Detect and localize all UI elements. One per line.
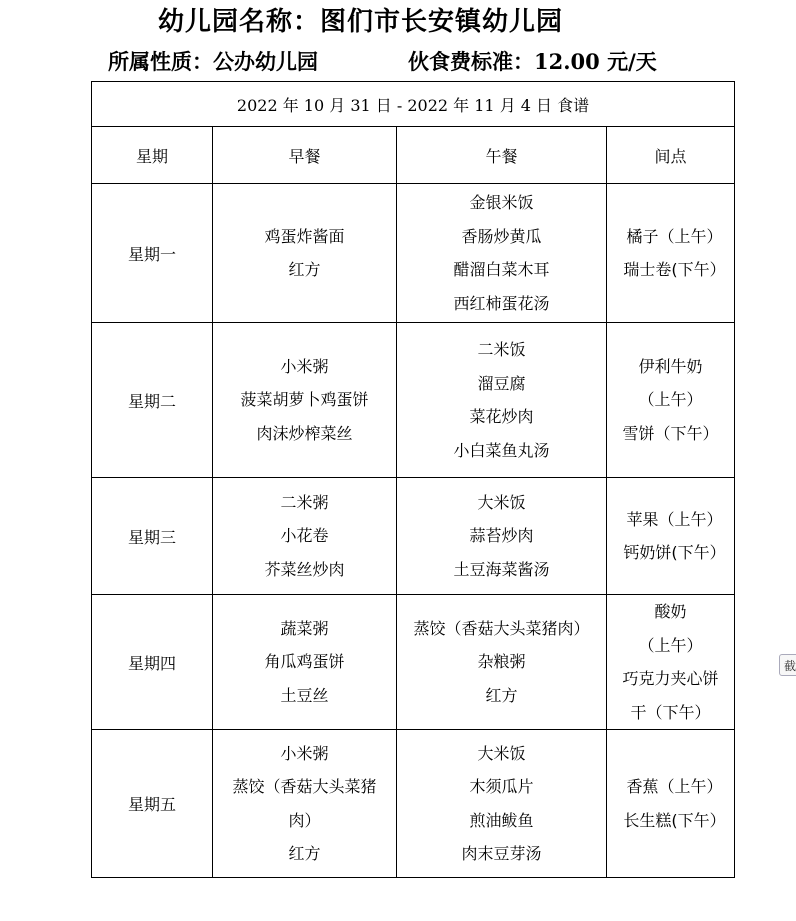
snack-item: 长生糕(下午） [615,804,734,838]
snack-cell: 伊利牛奶 （上午） 雪饼（下午） [607,323,735,478]
snack-item: 瑞士卷(下午） [615,253,734,287]
column-header-day: 星期 [92,127,213,184]
lunch-cell: 大米饭 木须瓜片 煎油鲅鱼 肉末豆芽汤 [397,730,607,878]
day-cell: 星期四 [92,595,213,730]
lunch-item: 肉末豆芽汤 [397,837,606,871]
table-row: 星期四 蔬菜粥 角瓜鸡蛋饼 土豆丝 蒸饺（香菇大头菜猪肉） 杂粮粥 红方 酸奶 … [92,595,735,730]
breakfast-item: 小花卷 [213,519,396,553]
weekly-menu-table: 2022 年 10 月 31 日 - 2022 年 11 月 4 日 食谱 星期… [91,81,735,878]
breakfast-item: 蔬菜粥 [213,612,396,646]
column-header-breakfast: 早餐 [213,127,397,184]
snack-cell: 苹果（上午） 钙奶饼(下午） [607,478,735,595]
snack-cell: 香蕉（上午） 长生糕(下午） [607,730,735,878]
snack-cell: 酸奶 （上午） 巧克力夹心饼 干（下午） [607,595,735,730]
day-cell: 星期一 [92,184,213,323]
snack-item: 香蕉（上午） [615,770,734,804]
day-cell: 星期二 [92,323,213,478]
lunch-item: 土豆海菜酱汤 [397,553,606,587]
table-header-row: 星期 早餐 午餐 间点 [92,127,735,184]
menu-period: 2022 年 10 月 31 日 - 2022 年 11 月 4 日 食谱 [92,82,735,127]
lunch-item: 西红柿蛋花汤 [397,287,606,321]
snack-item: 雪饼（下午） [607,417,734,451]
table-row: 星期一 鸡蛋炸酱面 红方 金银米饭 香肠炒黄瓜 醋溜白菜木耳 西红柿蛋花汤 橘子… [92,184,735,323]
lunch-cell: 金银米饭 香肠炒黄瓜 醋溜白菜木耳 西红柿蛋花汤 [397,184,607,323]
snack-item: 橘子（上午） [615,220,734,254]
snack-item: （上午） [607,383,734,417]
lunch-item: 大米饭 [397,737,606,771]
breakfast-item: 蒸饺（香菇大头菜猪 [213,770,396,804]
table-row: 星期五 小米粥 蒸饺（香菇大头菜猪 肉） 红方 大米饭 木须瓜片 煎油鲅鱼 肉末… [92,730,735,878]
lunch-item: 醋溜白菜木耳 [397,253,606,287]
snack-cell: 橘子（上午） 瑞士卷(下午） [607,184,735,323]
lunch-item: 木须瓜片 [397,770,606,804]
lunch-item: 蒜苔炒肉 [397,519,606,553]
breakfast-item: 肉沫炒榨菜丝 [213,417,396,451]
lunch-item: 蒸饺（香菇大头菜猪肉） [397,612,606,646]
column-header-snack: 间点 [607,127,735,184]
day-cell: 星期五 [92,730,213,878]
breakfast-cell: 二米粥 小花卷 芥菜丝炒肉 [213,478,397,595]
breakfast-cell: 蔬菜粥 角瓜鸡蛋饼 土豆丝 [213,595,397,730]
snack-item: 伊利牛奶 [607,350,734,384]
breakfast-cell: 小米粥 菠菜胡萝卜鸡蛋饼 肉沫炒榨菜丝 [213,323,397,478]
snack-item: 酸奶 [607,595,734,629]
screenshot-button[interactable]: 截 [779,654,796,676]
breakfast-item: 菠菜胡萝卜鸡蛋饼 [213,383,396,417]
lunch-item: 煎油鲅鱼 [397,804,606,838]
lunch-item: 小白菜鱼丸汤 [397,434,606,468]
snack-item: 巧克力夹心饼 [607,662,734,696]
kindergarten-name-title: 幼儿园名称：图们市长安镇幼儿园 [158,4,563,40]
lunch-item: 杂粮粥 [397,645,606,679]
breakfast-cell: 鸡蛋炸酱面 红方 [213,184,397,323]
lunch-item: 二米饭 [397,333,606,367]
snack-item: （上午） [607,629,734,663]
breakfast-item: 鸡蛋炸酱面 [213,220,396,254]
breakfast-item: 肉） [213,804,396,838]
lunch-cell: 二米饭 溜豆腐 菜花炒肉 小白菜鱼丸汤 [397,323,607,478]
lunch-item: 大米饭 [397,486,606,520]
breakfast-item: 红方 [213,253,396,287]
breakfast-item: 二米粥 [213,486,396,520]
breakfast-item: 土豆丝 [213,679,396,713]
menu-period-row: 2022 年 10 月 31 日 - 2022 年 11 月 4 日 食谱 [92,82,735,127]
lunch-item: 菜花炒肉 [397,400,606,434]
meal-fee-standard: 伙食费标准：12.00 元/天 [408,46,657,78]
breakfast-item: 小米粥 [213,350,396,384]
breakfast-item: 小米粥 [213,737,396,771]
lunch-item: 红方 [397,679,606,713]
lunch-item: 溜豆腐 [397,367,606,401]
breakfast-item: 芥菜丝炒肉 [213,553,396,587]
snack-item: 苹果（上午） [615,503,734,537]
day-cell: 星期三 [92,478,213,595]
lunch-cell: 蒸饺（香菇大头菜猪肉） 杂粮粥 红方 [397,595,607,730]
kindergarten-nature: 所属性质：公办幼儿园 [108,46,318,78]
lunch-cell: 大米饭 蒜苔炒肉 土豆海菜酱汤 [397,478,607,595]
table-row: 星期二 小米粥 菠菜胡萝卜鸡蛋饼 肉沫炒榨菜丝 二米饭 溜豆腐 菜花炒肉 小白菜… [92,323,735,478]
breakfast-item: 红方 [213,837,396,871]
table-row: 星期三 二米粥 小花卷 芥菜丝炒肉 大米饭 蒜苔炒肉 土豆海菜酱汤 苹果（上午）… [92,478,735,595]
snack-item: 钙奶饼(下午） [615,536,734,570]
breakfast-cell: 小米粥 蒸饺（香菇大头菜猪 肉） 红方 [213,730,397,878]
lunch-item: 香肠炒黄瓜 [397,220,606,254]
lunch-item: 金银米饭 [397,186,606,220]
column-header-lunch: 午餐 [397,127,607,184]
breakfast-item: 角瓜鸡蛋饼 [213,645,396,679]
snack-item: 干（下午） [607,696,734,730]
